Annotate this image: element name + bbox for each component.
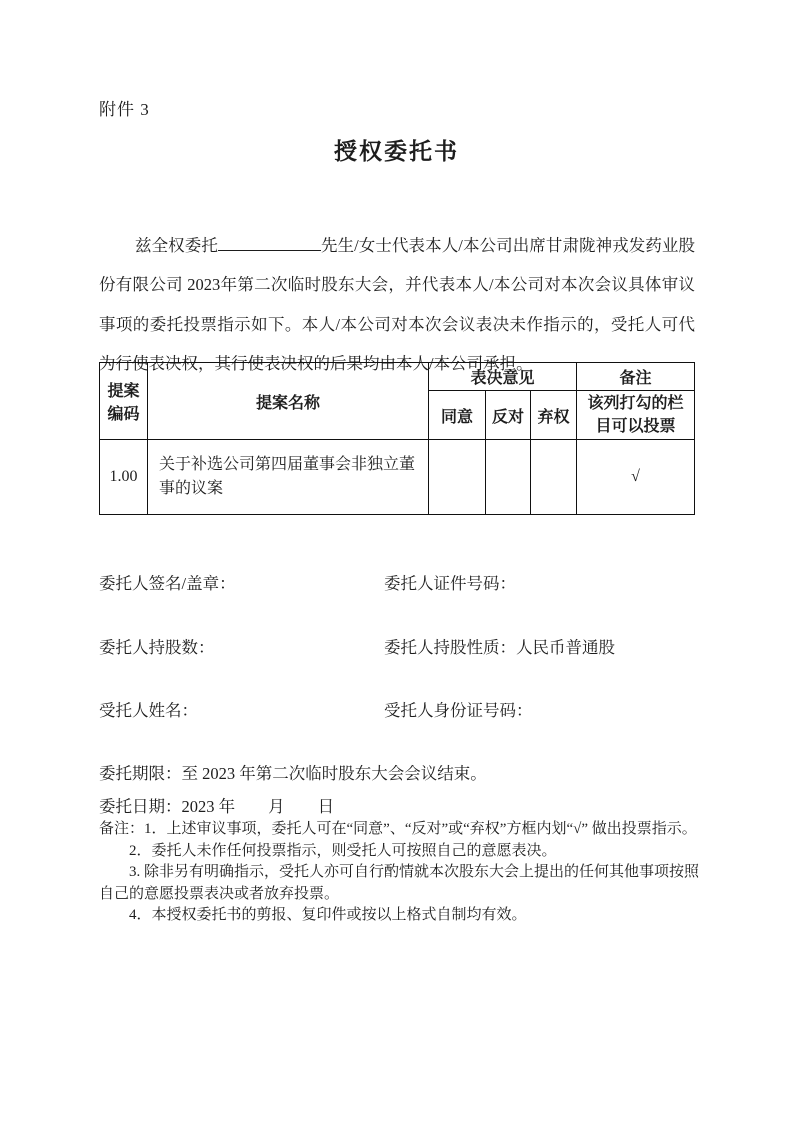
note-line-2: 2．委托人未作任何投票指示，则受托人可按照自己的意愿表决。: [99, 841, 699, 863]
header-proposal-name: 提案名称: [148, 363, 429, 440]
cell-agree-box: [429, 440, 486, 515]
cell-proposal-code: 1.00: [100, 440, 148, 515]
field-principal-id: 委托人证件号码：: [384, 570, 516, 594]
header-abstain: 弃权: [531, 391, 577, 440]
header-remark-note-cell: 该列打勾的栏目可以投票: [577, 391, 695, 440]
header-against: 反对: [486, 391, 531, 440]
field-principal-share-type: 委托人持股性质：人民币普通股: [384, 634, 615, 658]
field-trustee-name: 受托人姓名：: [99, 697, 198, 721]
document-page: 附件 3 授权委托书 兹全权委托先生/女士代表本人/本公司出席甘肃陇神戎发药业股…: [0, 0, 793, 1122]
proxy-date-line: 委托日期：2023 年 月 日: [99, 793, 334, 817]
cell-against-box: [486, 440, 531, 515]
table-row: 1.00 关于补选公司第四届董事会非独立董事的议案 √: [100, 440, 695, 515]
cell-abstain-box: [531, 440, 577, 515]
field-principal-signature: 委托人签名/盖章：: [99, 570, 236, 594]
intro-before-blank: 兹全权委托: [135, 236, 218, 255]
header-remark-note: 该列打勾的栏目可以投票: [583, 392, 689, 438]
note-line-4: 4．本授权委托书的剪报、复印件或按以上格式自制均有效。: [99, 905, 699, 927]
header-agree: 同意: [429, 391, 486, 440]
proxy-term-line: 委托期限：至 2023 年第二次临时股东大会会议结束。: [99, 760, 487, 784]
header-proposal-code: 提案编码: [100, 363, 148, 440]
intro-paragraph: 兹全权委托先生/女士代表本人/本公司出席甘肃陇神戎发药业股份有限公司 2023年…: [99, 226, 695, 384]
attachment-label: 附件 3: [99, 95, 150, 120]
field-trustee-id: 受托人身份证号码：: [384, 697, 533, 721]
header-remark: 备注: [577, 363, 695, 391]
notes-block: 备注：1．上述审议事项，委托人可在“同意”、“反对”或“弃权”方框内划“√” 做…: [99, 819, 699, 927]
intro-after-blank: 先生/女士代表本人/本公司出席甘肃陇神戎发药业股份有限公司 2023年第二次临时…: [99, 236, 695, 374]
principal-name-blank: [218, 232, 321, 250]
field-principal-shares: 委托人持股数：: [99, 634, 215, 658]
cell-remark-checkmark: √: [577, 440, 695, 515]
voting-table: 提案编码 提案名称 表决意见 备注 同意 反对 弃权 该列打勾的栏目可以投票 1…: [99, 362, 695, 515]
header-vote-opinion: 表决意见: [429, 363, 577, 391]
page-title: 授权委托书: [0, 133, 793, 166]
note-line-1: 备注：1．上述审议事项，委托人可在“同意”、“反对”或“弃权”方框内划“√” 做…: [99, 819, 699, 841]
cell-proposal-name: 关于补选公司第四届董事会非独立董事的议案: [148, 440, 429, 515]
note-line-3: 3. 除非另有明确指示，受托人亦可自行酌情就本次股东大会上提出的任何其他事项按照…: [99, 862, 699, 905]
